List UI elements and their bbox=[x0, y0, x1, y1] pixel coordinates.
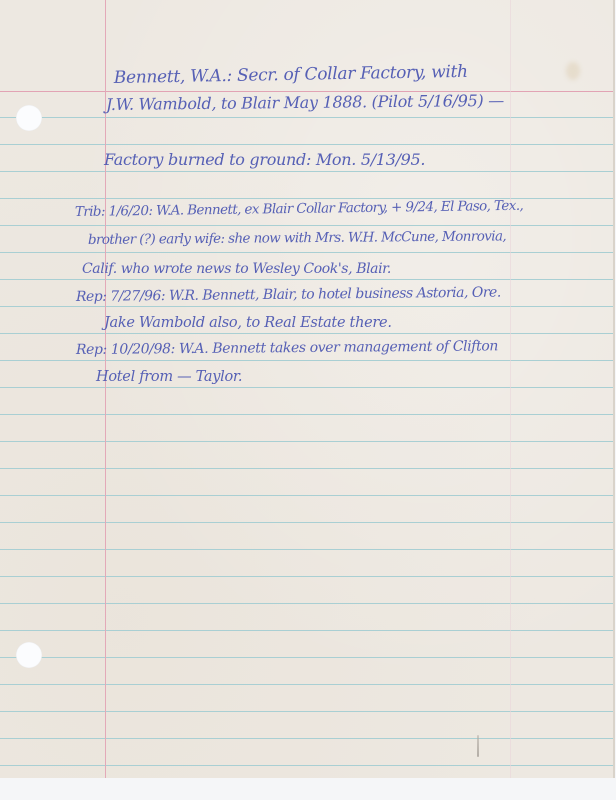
punch-hole-bottom bbox=[16, 642, 42, 668]
rule-line bbox=[0, 360, 613, 361]
handwritten-line-trib-3: Calif. who wrote news to Wesley Cook's, … bbox=[82, 262, 391, 276]
rule-line bbox=[0, 171, 613, 172]
rule-line bbox=[0, 549, 613, 550]
rule-line bbox=[0, 630, 613, 631]
punch-hole-top bbox=[16, 105, 42, 131]
rule-line bbox=[0, 252, 613, 253]
rule-line bbox=[0, 468, 613, 469]
rule-line bbox=[0, 306, 613, 307]
handwritten-line-trib-1: Trib: 1/6/20: W.A. Bennett, ex Blair Col… bbox=[75, 200, 523, 220]
rule-line bbox=[0, 603, 613, 604]
header-rule bbox=[0, 91, 613, 92]
handwritten-line-heading-2: J.W. Wambold, to Blair May 1888. (Pilot … bbox=[106, 93, 504, 113]
handwritten-line-trib-2: brother (?) early wife: she now with Mrs… bbox=[88, 230, 506, 247]
rule-line bbox=[0, 225, 613, 226]
ruled-paper-sheet: Bennett, W.A.: Secr. of Collar Factory, … bbox=[0, 0, 615, 778]
rule-line bbox=[0, 738, 613, 739]
handwritten-line-heading-1: Bennett, W.A.: Secr. of Collar Factory, … bbox=[114, 64, 468, 87]
rule-line bbox=[0, 387, 613, 388]
rule-line bbox=[0, 144, 613, 145]
rule-line bbox=[0, 576, 613, 577]
rule-line bbox=[0, 279, 613, 280]
handwritten-line-rep98-2: Hotel from — Taylor. bbox=[96, 370, 242, 385]
handwritten-line-rep98-1: Rep: 10/20/98: W.A. Bennett takes over m… bbox=[76, 339, 498, 357]
rule-line bbox=[0, 765, 613, 766]
rule-line bbox=[0, 711, 613, 712]
pencil-mark bbox=[477, 735, 479, 757]
rule-line bbox=[0, 684, 613, 685]
rule-line bbox=[0, 414, 613, 415]
rule-line bbox=[0, 333, 613, 334]
handwritten-line-rep96-2: Jake Wambold also, to Real Estate there. bbox=[104, 316, 392, 331]
rule-line bbox=[0, 441, 613, 442]
rule-line bbox=[0, 117, 613, 118]
rule-line bbox=[0, 522, 613, 523]
handwritten-line-fire: Factory burned to ground: Mon. 5/13/95. bbox=[104, 152, 425, 168]
handwritten-line-rep96-1: Rep: 7/27/96: W.R. Bennett, Blair, to ho… bbox=[76, 286, 501, 304]
left-margin-line bbox=[105, 0, 106, 778]
rule-line bbox=[0, 495, 613, 496]
paper-stain bbox=[566, 62, 580, 80]
right-margin-line bbox=[510, 0, 511, 778]
rule-line bbox=[0, 657, 613, 658]
